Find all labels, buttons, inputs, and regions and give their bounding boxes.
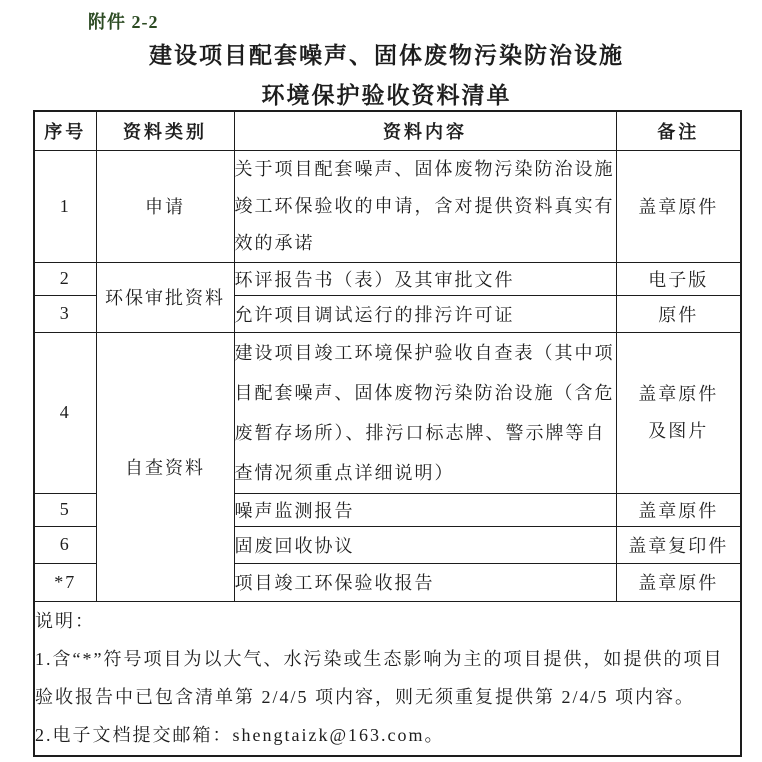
serial-cell: 2 [34, 262, 96, 295]
header-note: 备注 [616, 111, 741, 150]
attachment-label: 附件 2-2 [88, 8, 159, 34]
notes-item-2: 2.电子文档提交邮箱：shengtaizk@163.com。 [35, 716, 740, 754]
content-cell: 建设项目竣工环境保护验收自查表（其中项目配套噪声、固体废物污染防治设施（含危废暂… [234, 332, 616, 493]
document-title: 建设项目配套噪声、固体废物污染防治设施 环境保护验收资料清单 [33, 36, 740, 116]
note-line-2: 及图片 [617, 413, 741, 450]
serial-cell: 4 [34, 332, 96, 493]
note-cell: 盖章复印件 [616, 526, 741, 563]
note-cell: 盖章原件 [616, 563, 741, 601]
table-header-row: 序号 资料类别 资料内容 备注 [34, 111, 741, 150]
serial-cell: *7 [34, 563, 96, 601]
category-cell: 环保审批资料 [96, 262, 234, 332]
serial-cell: 6 [34, 526, 96, 563]
table-row: 1 申请 关于项目配套噪声、固体废物污染防治设施竣工环保验收的申请，含对提供资料… [34, 150, 741, 262]
content-cell: 环评报告书（表）及其审批文件 [234, 262, 616, 295]
materials-checklist-table: 序号 资料类别 资料内容 备注 1 申请 关于项目配套噪声、固体废物污染防治设施… [33, 110, 742, 757]
content-cell: 关于项目配套噪声、固体废物污染防治设施竣工环保验收的申请，含对提供资料真实有效的… [234, 150, 616, 262]
note-cell: 电子版 [616, 262, 741, 295]
serial-cell: 1 [34, 150, 96, 262]
serial-cell: 5 [34, 493, 96, 526]
content-cell: 项目竣工环保验收报告 [234, 563, 616, 601]
category-cell: 申请 [96, 150, 234, 262]
notes-label: 说明： [35, 602, 740, 640]
serial-cell: 3 [34, 295, 96, 332]
note-line-1: 盖章原件 [617, 376, 741, 413]
note-cell: 盖章原件 [616, 150, 741, 262]
title-line-1: 建设项目配套噪声、固体废物污染防治设施 [33, 36, 740, 76]
table-row: 4 自查资料 建设项目竣工环境保护验收自查表（其中项目配套噪声、固体废物污染防治… [34, 332, 741, 493]
content-cell: 允许项目调试运行的排污许可证 [234, 295, 616, 332]
note-cell: 原件 [616, 295, 741, 332]
content-cell: 噪声监测报告 [234, 493, 616, 526]
notes-section: 说明： 1.含“*”符号项目为以大气、水污染或生态影响为主的项目提供，如提供的项… [34, 601, 741, 756]
note-cell: 盖章原件 及图片 [616, 332, 741, 493]
header-serial: 序号 [34, 111, 96, 150]
notes-row: 说明： 1.含“*”符号项目为以大气、水污染或生态影响为主的项目提供，如提供的项… [34, 601, 741, 756]
content-cell: 固废回收协议 [234, 526, 616, 563]
notes-item-1: 1.含“*”符号项目为以大气、水污染或生态影响为主的项目提供，如提供的项目验收报… [35, 640, 740, 716]
table-row: 2 环保审批资料 环评报告书（表）及其审批文件 电子版 [34, 262, 741, 295]
document-page: 附件 2-2 建设项目配套噪声、固体废物污染防治设施 环境保护验收资料清单 序号… [0, 0, 762, 762]
note-cell: 盖章原件 [616, 493, 741, 526]
header-content: 资料内容 [234, 111, 616, 150]
header-category: 资料类别 [96, 111, 234, 150]
category-cell: 自查资料 [96, 332, 234, 601]
